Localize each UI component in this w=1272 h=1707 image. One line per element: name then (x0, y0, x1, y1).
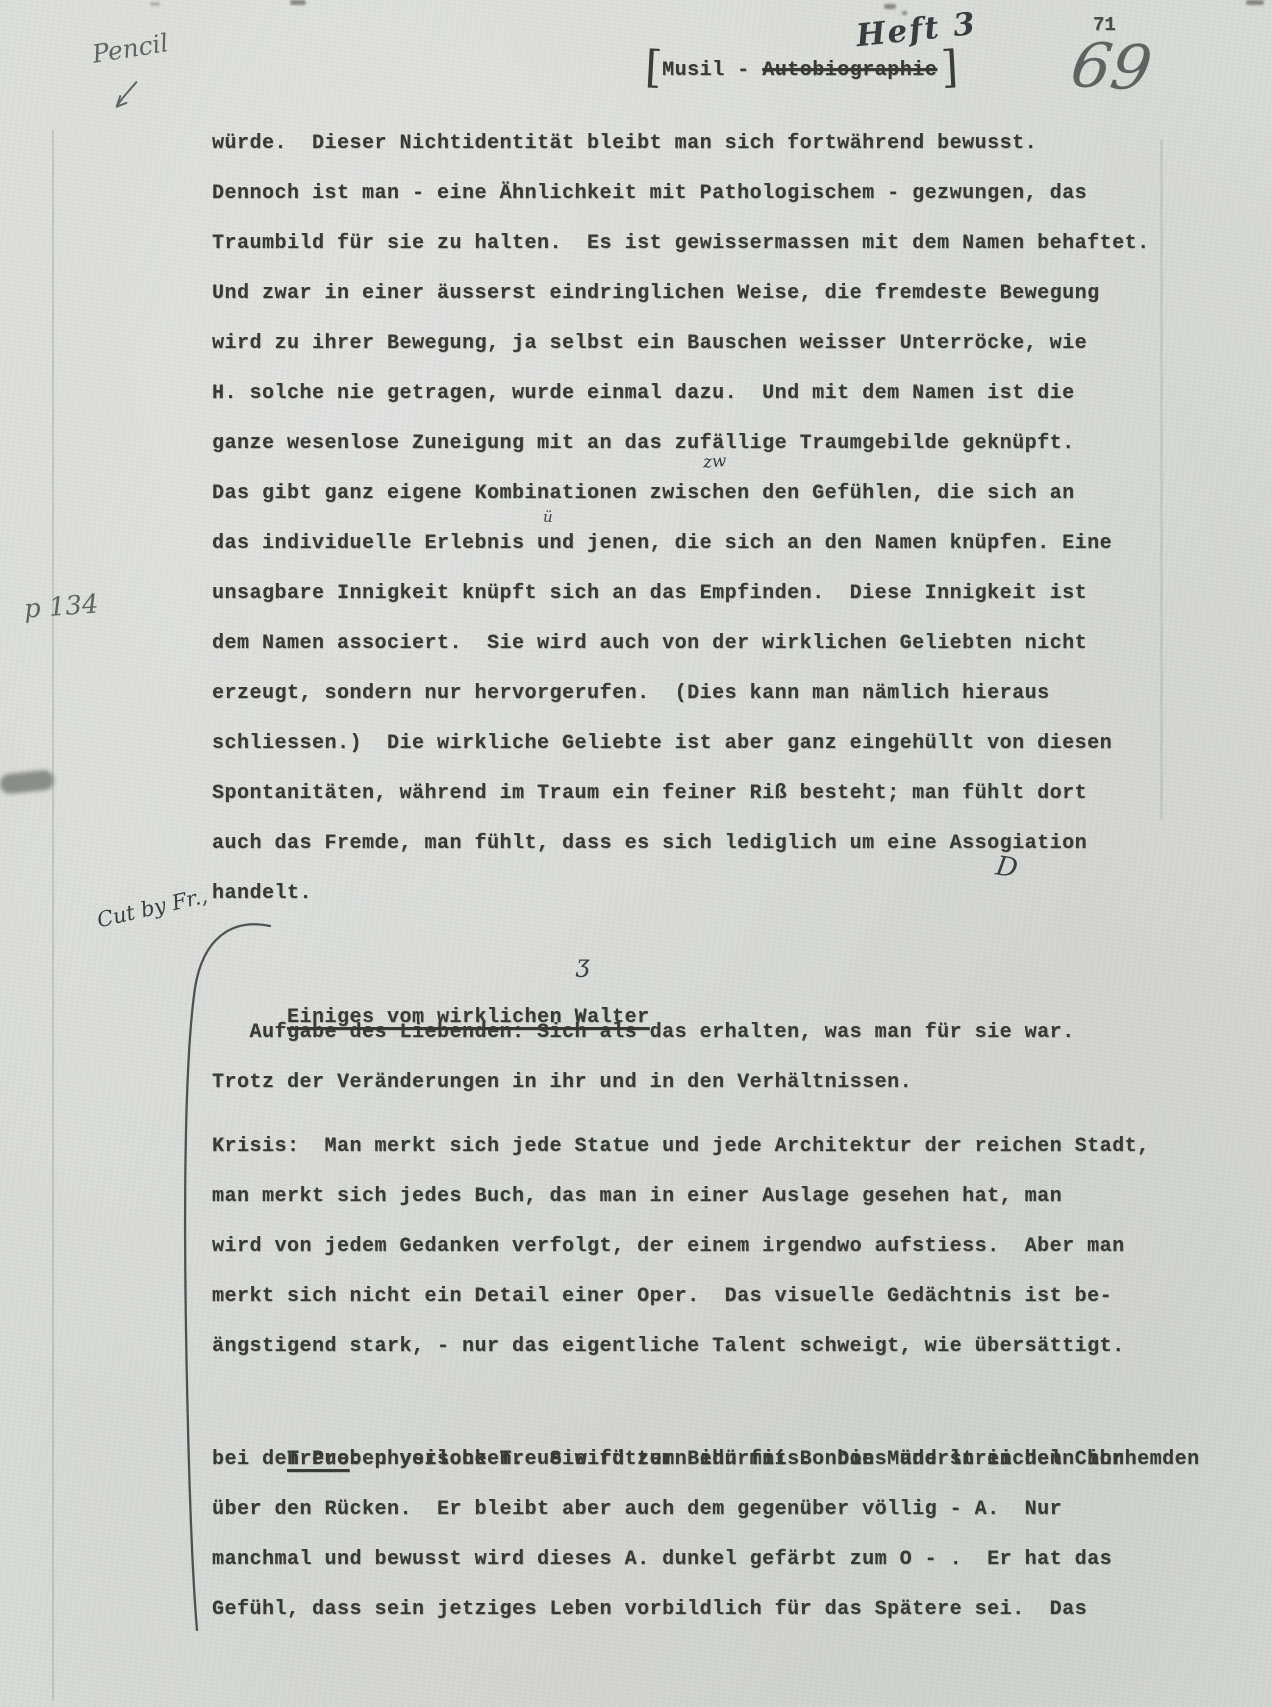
handwritten-page-number: 69 (1066, 28, 1156, 105)
scan-speck (150, 2, 160, 6)
typed-line: das individuelle Erlebnis und jenen, die… (212, 519, 1150, 569)
bracket-open-mark: [ (644, 46, 663, 91)
paragraph-1: würde. Dieser Nichtidentität bleibt man … (212, 119, 1150, 919)
correction-above-zwischen: zw (702, 451, 727, 473)
title-text: Musil - (662, 59, 762, 82)
paragraph-4: Treue: physische Treue wird zum Bedürfni… (212, 1385, 1200, 1635)
scan-edge-line (52, 130, 54, 1700)
typed-line: schliessen.) Die wirkliche Geliebte ist … (212, 719, 1150, 769)
scan-blob (0, 769, 55, 795)
typed-line: dem Namen associert. Sie wird auch von d… (212, 619, 1150, 669)
correction-below-assogiation: D (994, 850, 1020, 884)
typed-line: Gefühl, dass sein jetziges Leben vorbild… (212, 1585, 1200, 1635)
mark-after-walter: ʒ (576, 950, 590, 978)
bracket-close-mark: ] (940, 46, 959, 91)
typed-line: Spontanitäten, während im Traum ein fein… (212, 769, 1150, 819)
paragraph-2: Aufgabe des Liebenden: Sich als das erha… (212, 1008, 1075, 1108)
margin-page-ref: p 134 (23, 589, 99, 624)
scan-speck (884, 4, 896, 9)
manuscript-page: Pencil [ Musil - Autobiographie ] Heft 3… (0, 0, 1272, 1707)
typed-line: Dennoch ist man - eine Ähnlichkeit mit P… (212, 169, 1150, 219)
typed-line: unsagbare Innigkeit knüpft sich an das E… (212, 569, 1150, 619)
title-struck-text: Autobiographie (762, 59, 937, 82)
typed-line: Treue: physische Treue wird zum Bedürfni… (212, 1385, 1200, 1435)
typed-line: erzeugt, sondern nur hervorgerufen. (Die… (212, 669, 1150, 719)
heft-annotation: Heft 3 (854, 6, 978, 54)
typed-line: Und zwar in einer äusserst eindringliche… (212, 269, 1150, 319)
typed-line: Trotz der Veränderungen in ihr und in de… (212, 1058, 1075, 1108)
typed-line: Krisis: Man merkt sich jede Statue und j… (212, 1122, 1150, 1172)
typed-line: über den Rücken. Er bleibt aber auch dem… (212, 1485, 1200, 1535)
typed-line: würde. Dieser Nichtidentität bleibt man … (212, 119, 1150, 169)
typed-line: ganze wesenlose Zuneigung mit an das zuf… (212, 419, 1150, 469)
typed-line: manchmal und bewusst wird dieses A. dunk… (212, 1535, 1200, 1585)
pencil-annotation: Pencil (90, 28, 170, 69)
correction-above-und: ü (543, 508, 553, 526)
typed-line: bei den Proben verlocken. Sie füttern ih… (212, 1435, 1200, 1485)
pencil-arrow-icon (109, 76, 144, 120)
typed-line: Das gibt ganz eigene Kombinationen zwisc… (212, 469, 1150, 519)
header-title: [ Musil - Autobiographie ] (645, 46, 958, 90)
cut-note-annotation: Cut by Fr., (95, 884, 210, 933)
typed-line: Aufgabe des Liebenden: Sich als das erha… (212, 1008, 1075, 1058)
typed-line: wird zu ihrer Bewegung, ja selbst ein Ba… (212, 319, 1150, 369)
typed-line: merkt sich nicht ein Detail einer Oper. … (212, 1272, 1150, 1322)
typed-line: ängstigend stark, - nur das eigentliche … (212, 1322, 1150, 1372)
typed-line: wird von jedem Gedanken verfolgt, der ei… (212, 1222, 1150, 1272)
scan-streak (1160, 140, 1163, 820)
typed-line: H. solche nie getragen, wurde einmal daz… (212, 369, 1150, 419)
typed-line: man merkt sich jedes Buch, das man in ei… (212, 1172, 1150, 1222)
scan-speck (1246, 0, 1264, 5)
scan-speck (290, 0, 306, 5)
typed-line: Traumbild für sie zu halten. Es ist gewi… (212, 219, 1150, 269)
paragraph-3: Krisis: Man merkt sich jede Statue und j… (212, 1122, 1150, 1372)
